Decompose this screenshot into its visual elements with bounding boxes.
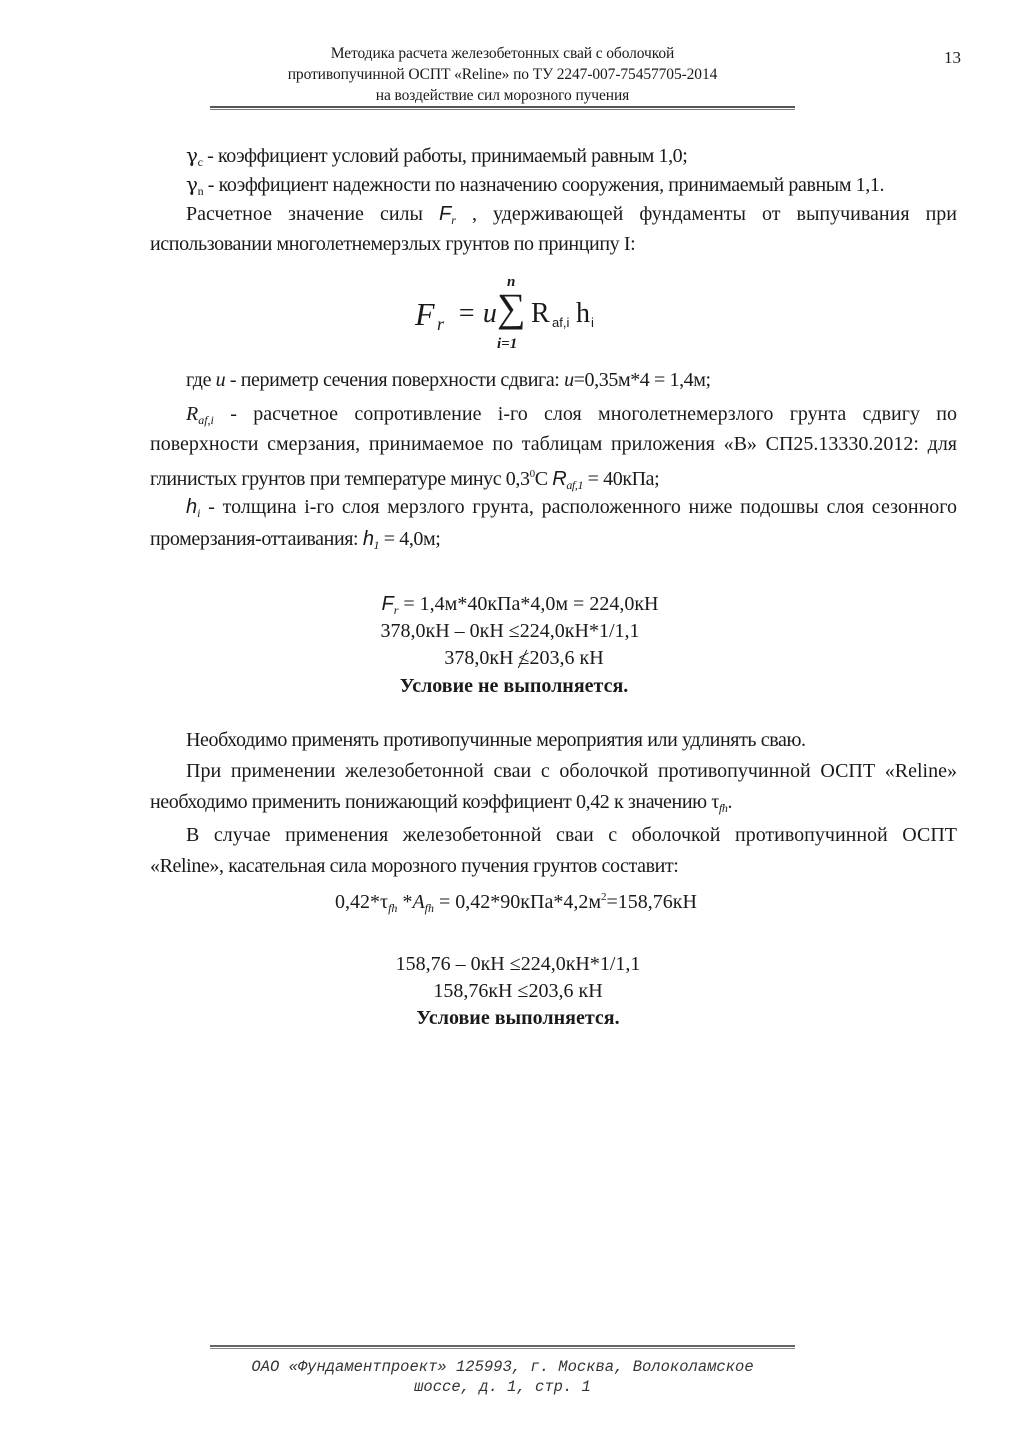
page-number: 13 xyxy=(944,48,961,68)
not-less-or-equal-icon: ≤ xyxy=(519,645,530,671)
calc1-inequality-result: 378,0кН ≤203,6 кН xyxy=(12,645,1024,671)
paragraph-recommendation: Необходимо применять противопучинные мер… xyxy=(186,727,806,753)
h-definition-line-1: hi - толщина i-го слоя мерзлого грунта, … xyxy=(186,494,957,526)
gamma-symbol: γ xyxy=(186,143,198,167)
paragraph-force-definition-line-2: использовании многолетнемерзлых грунтов … xyxy=(150,231,635,257)
raf-definition-line-1: Raf,i - расчетное сопротивление i-го сло… xyxy=(186,401,957,433)
header-divider xyxy=(210,106,795,110)
u-definition: где u - периметр сечения поверхности сдв… xyxy=(186,367,711,393)
footer-address-line-2: шоссе, д. 1, стр. 1 xyxy=(210,1377,795,1397)
raf-definition-line-2: поверхности смерзания, принимаемое по та… xyxy=(150,431,957,457)
paragraph-reline-line-1: При применении железобетонной сваи с обо… xyxy=(186,758,957,784)
calc1-inequality: 378,0кН – 0кН ≤224,0кН*1/1,1 xyxy=(0,618,1022,644)
force-formula: F r = u n ∑ i=1 R af,i h i xyxy=(395,278,655,358)
h-definition-line-2: промерзания-оттаивания: h1 = 4,0м; xyxy=(150,526,440,558)
raf-definition-line-3: глинистых грунтов при температуре минус … xyxy=(150,461,659,498)
calc2-conclusion: Условие выполняется. xyxy=(6,1005,1024,1031)
paragraph-case-line-2: «Reline», касательная сила морозного пуч… xyxy=(150,853,678,879)
calc2-inequality-result: 158,76кН ≤203,6 кН xyxy=(6,978,1024,1004)
footer-address-line-1: ОАО «Фундаментпроект» 125993, г. Москва,… xyxy=(210,1357,795,1377)
header-title-line-1: Методика расчета железобетонных свай с о… xyxy=(210,44,795,64)
heave-force-equation: 0,42*τfh *Afh = 0,42*90кПа*4,2м2=158,76к… xyxy=(4,884,1024,921)
header-title-line-3: на воздействие сил морозного пучения xyxy=(210,86,795,106)
calc2-inequality: 158,76 – 0кН ≤224,0кН*1/1,1 xyxy=(6,951,1024,977)
summation-icon: ∑ xyxy=(497,286,526,330)
footer-divider xyxy=(210,1345,795,1349)
paragraph-reline-line-2: необходимо применить понижающий коэффици… xyxy=(150,789,732,821)
calc1-conclusion: Условие не выполняется. xyxy=(2,673,1024,699)
paragraph-force-definition-line-1: Расчетное значение силы Fr , удерживающе… xyxy=(186,201,957,233)
gamma-n-definition: γn - коэффициент надежности по назначени… xyxy=(186,171,884,204)
gamma-symbol: γ xyxy=(186,172,198,196)
paragraph-case-line-1: В случае применения железобетонной сваи … xyxy=(186,822,957,848)
running-header: Методика расчета железобетонных свай с о… xyxy=(210,44,795,114)
header-title-line-2: противопучинной ОСПТ «Reline» по ТУ 2247… xyxy=(210,65,795,85)
